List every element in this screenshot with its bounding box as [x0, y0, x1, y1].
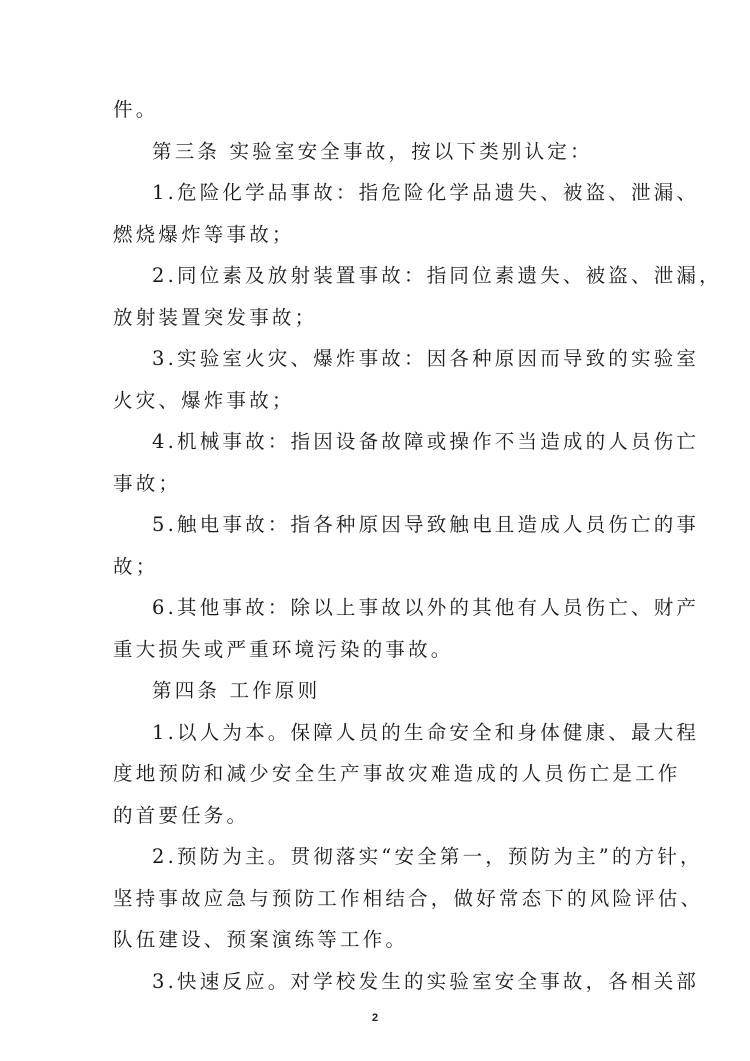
page-number: 2 — [0, 1012, 750, 1024]
text-line: 重大损失或严重环境污染的事故。 — [113, 635, 643, 665]
text-line: 2.同位素及放射装置事故：指同位素遗失、被盗、泄漏， — [152, 261, 647, 291]
text-line: 1.以人为本。保障人员的生命安全和身体健康、最大程 — [152, 718, 647, 748]
text-line: 3.快速反应。对学校发生的实验室安全事故，各相关部 — [152, 967, 647, 997]
article-heading: 第三条 实验室安全事故，按以下类别认定： — [152, 137, 647, 167]
text-line: 2.预防为主。贯彻落实“安全第一，预防为主”的方针， — [152, 842, 647, 872]
text-line: 坚持事故应急与预防工作相结合，做好常态下的风险评估、 — [113, 884, 643, 914]
text-line: 件。 — [113, 95, 643, 125]
text-line: 度地预防和减少安全生产事故灾难造成的人员伤亡是工作 — [113, 759, 643, 789]
text-line: 1.危险化学品事故：指危险化学品遗失、被盗、泄漏、 — [152, 178, 647, 208]
text-line: 火灾、爆炸事故； — [113, 386, 643, 416]
text-line: 5.触电事故：指各种原因导致触电且造成人员伤亡的事 — [152, 510, 647, 540]
document-page: 件。 第三条 实验室安全事故，按以下类别认定： 1.危险化学品事故：指危险化学品… — [0, 0, 750, 1061]
text-line: 3.实验室火灾、爆炸事故：因各种原因而导致的实验室 — [152, 344, 647, 374]
text-line: 放射装置突发事故； — [113, 303, 643, 333]
text-line: 4.机械事故：指因设备故障或操作不当造成的人员伤亡 — [152, 427, 647, 457]
text-line: 事故； — [113, 469, 643, 499]
text-line: 的首要任务。 — [113, 801, 643, 831]
text-line: 燃烧爆炸等事故； — [113, 220, 643, 250]
text-line: 队伍建设、预案演练等工作。 — [113, 925, 643, 955]
text-line: 故； — [113, 552, 643, 582]
text-line: 6.其他事故：除以上事故以外的其他有人员伤亡、财产 — [152, 593, 647, 623]
article-heading: 第四条 工作原则 — [152, 676, 647, 706]
